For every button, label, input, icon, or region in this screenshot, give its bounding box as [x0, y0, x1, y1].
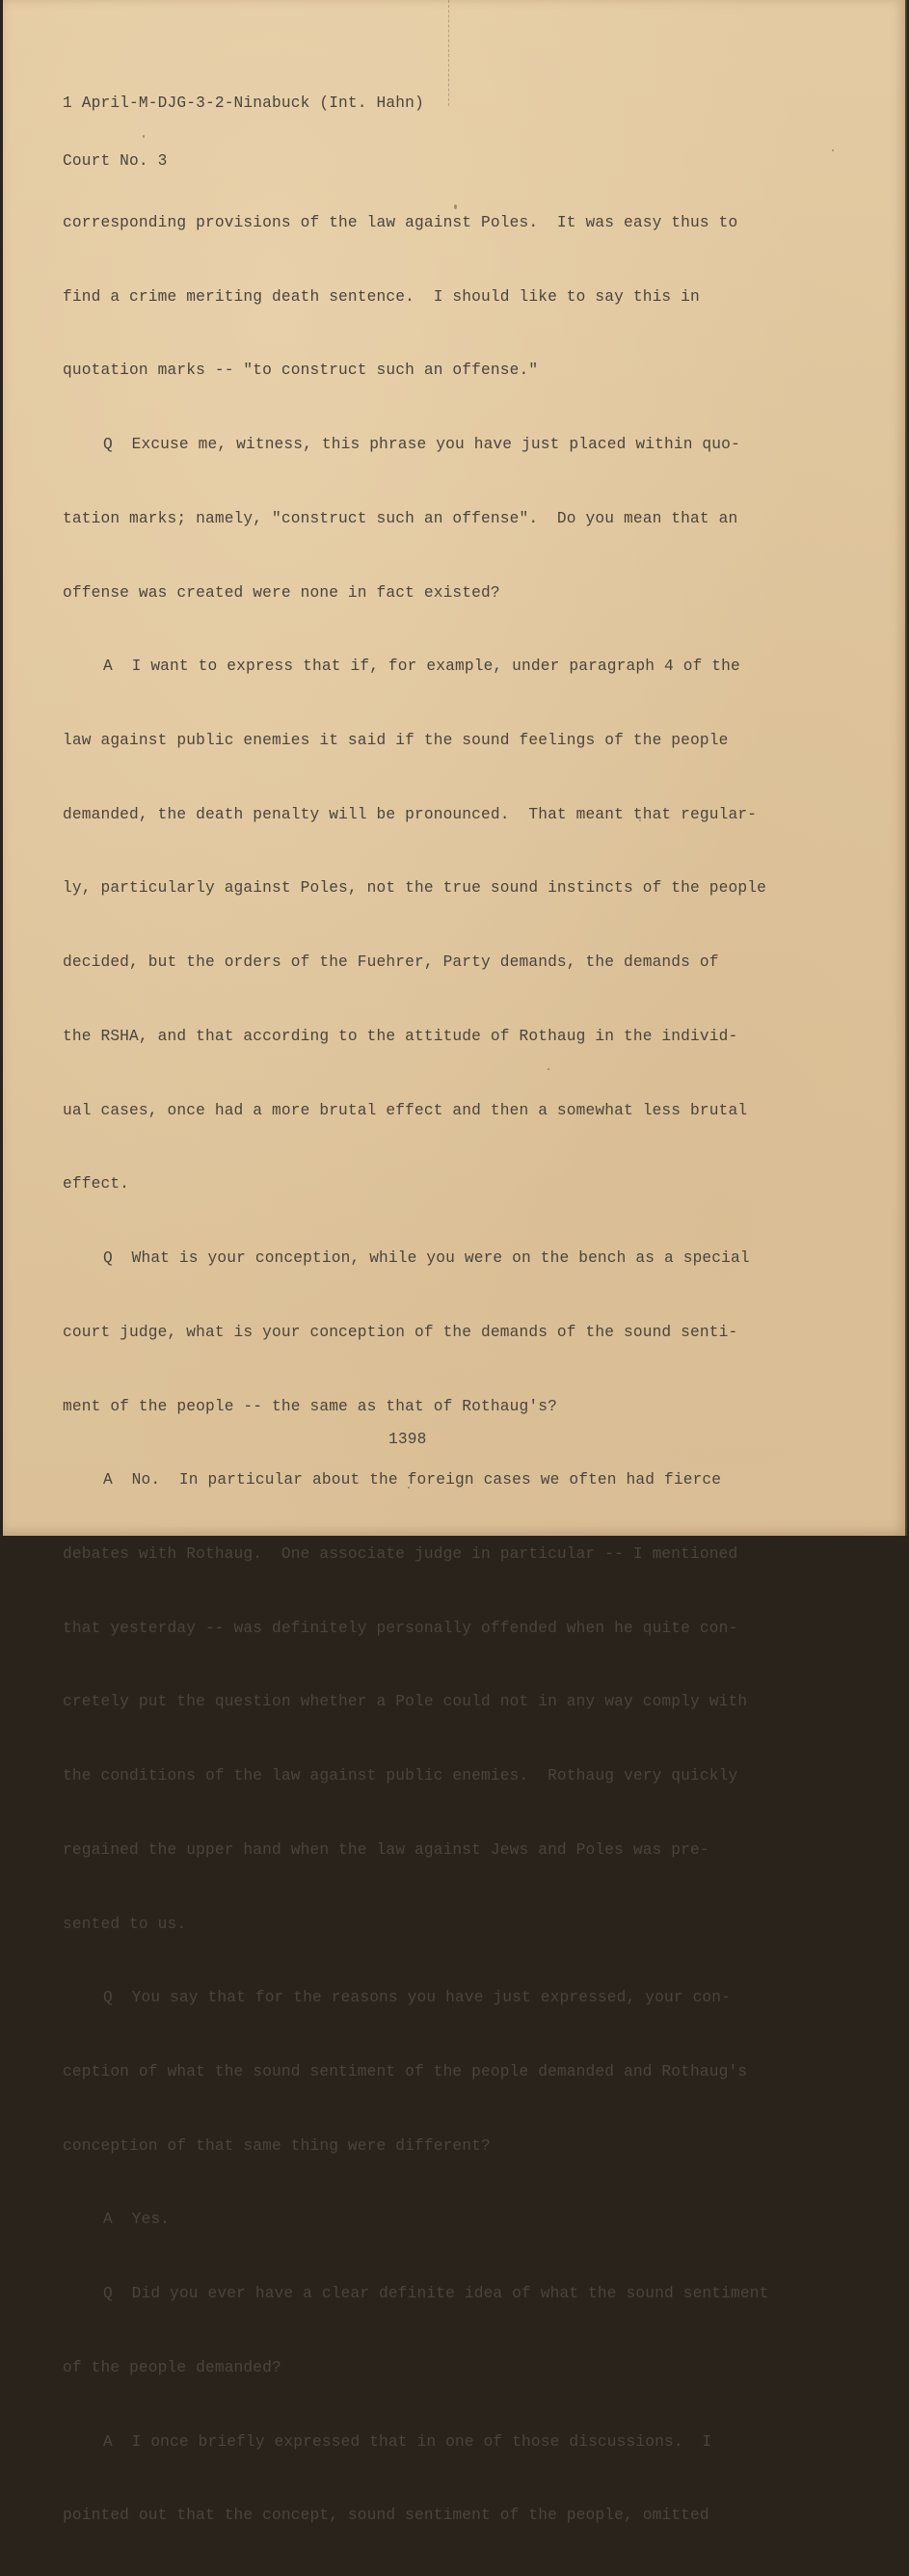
transcript-line: law against public enemies it said if th… — [63, 727, 815, 766]
transcript-line: find a crime meriting death sentence. I … — [63, 283, 815, 323]
paper-fold-mark — [448, 0, 450, 106]
question-line: Q Excuse me, witness, this phrase you ha… — [63, 431, 815, 470]
paper-speck — [143, 135, 145, 138]
page-number: 1398 — [388, 1431, 426, 1448]
transcript-line: ual cases, once had a more brutal effect… — [63, 1097, 815, 1137]
header-session-line: 1 April-M-DJG-3-2-Ninabuck (Int. Hahn) — [63, 94, 424, 113]
answer-line: A I want to express that if, for example… — [63, 653, 815, 692]
transcript-line: decided, but the orders of the Fuehrer, … — [63, 949, 815, 988]
question-line: Q What is your conception, while you wer… — [63, 1245, 815, 1284]
paper-speck — [408, 1487, 410, 1489]
transcript-line: tation marks; namely, "construct such an… — [63, 505, 815, 545]
transcript-line: ly, particularly against Poles, not the … — [63, 874, 815, 914]
answer-line: A No. In particular about the foreign ca… — [63, 1466, 815, 1506]
transcript-line: quotation marks -- "to construct such an… — [63, 357, 815, 396]
paper-speck — [639, 819, 641, 821]
transcript-line: the RSHA, and that according to the atti… — [63, 1023, 815, 1062]
transcript-line: effect. — [63, 1170, 815, 1210]
transcript-line: offense was created were none in fact ex… — [63, 579, 815, 619]
paper-speck — [548, 1068, 549, 1070]
document-page: 1 April-M-DJG-3-2-Ninabuck (Int. Hahn) C… — [3, 0, 907, 1536]
header-court-line: Court No. 3 — [63, 151, 424, 171]
transcript-line: corresponding provisions of the law agai… — [63, 209, 815, 249]
paper-speck — [832, 149, 834, 151]
transcript-line: ment of the people -- the same as that o… — [63, 1393, 815, 1433]
transcript-line: court judge, what is your conception of … — [63, 1319, 815, 1358]
paper-speck — [454, 204, 457, 209]
transcript-line: demanded, the death penalty will be pron… — [63, 801, 815, 841]
transcript-body: corresponding provisions of the law agai… — [63, 174, 815, 1543]
